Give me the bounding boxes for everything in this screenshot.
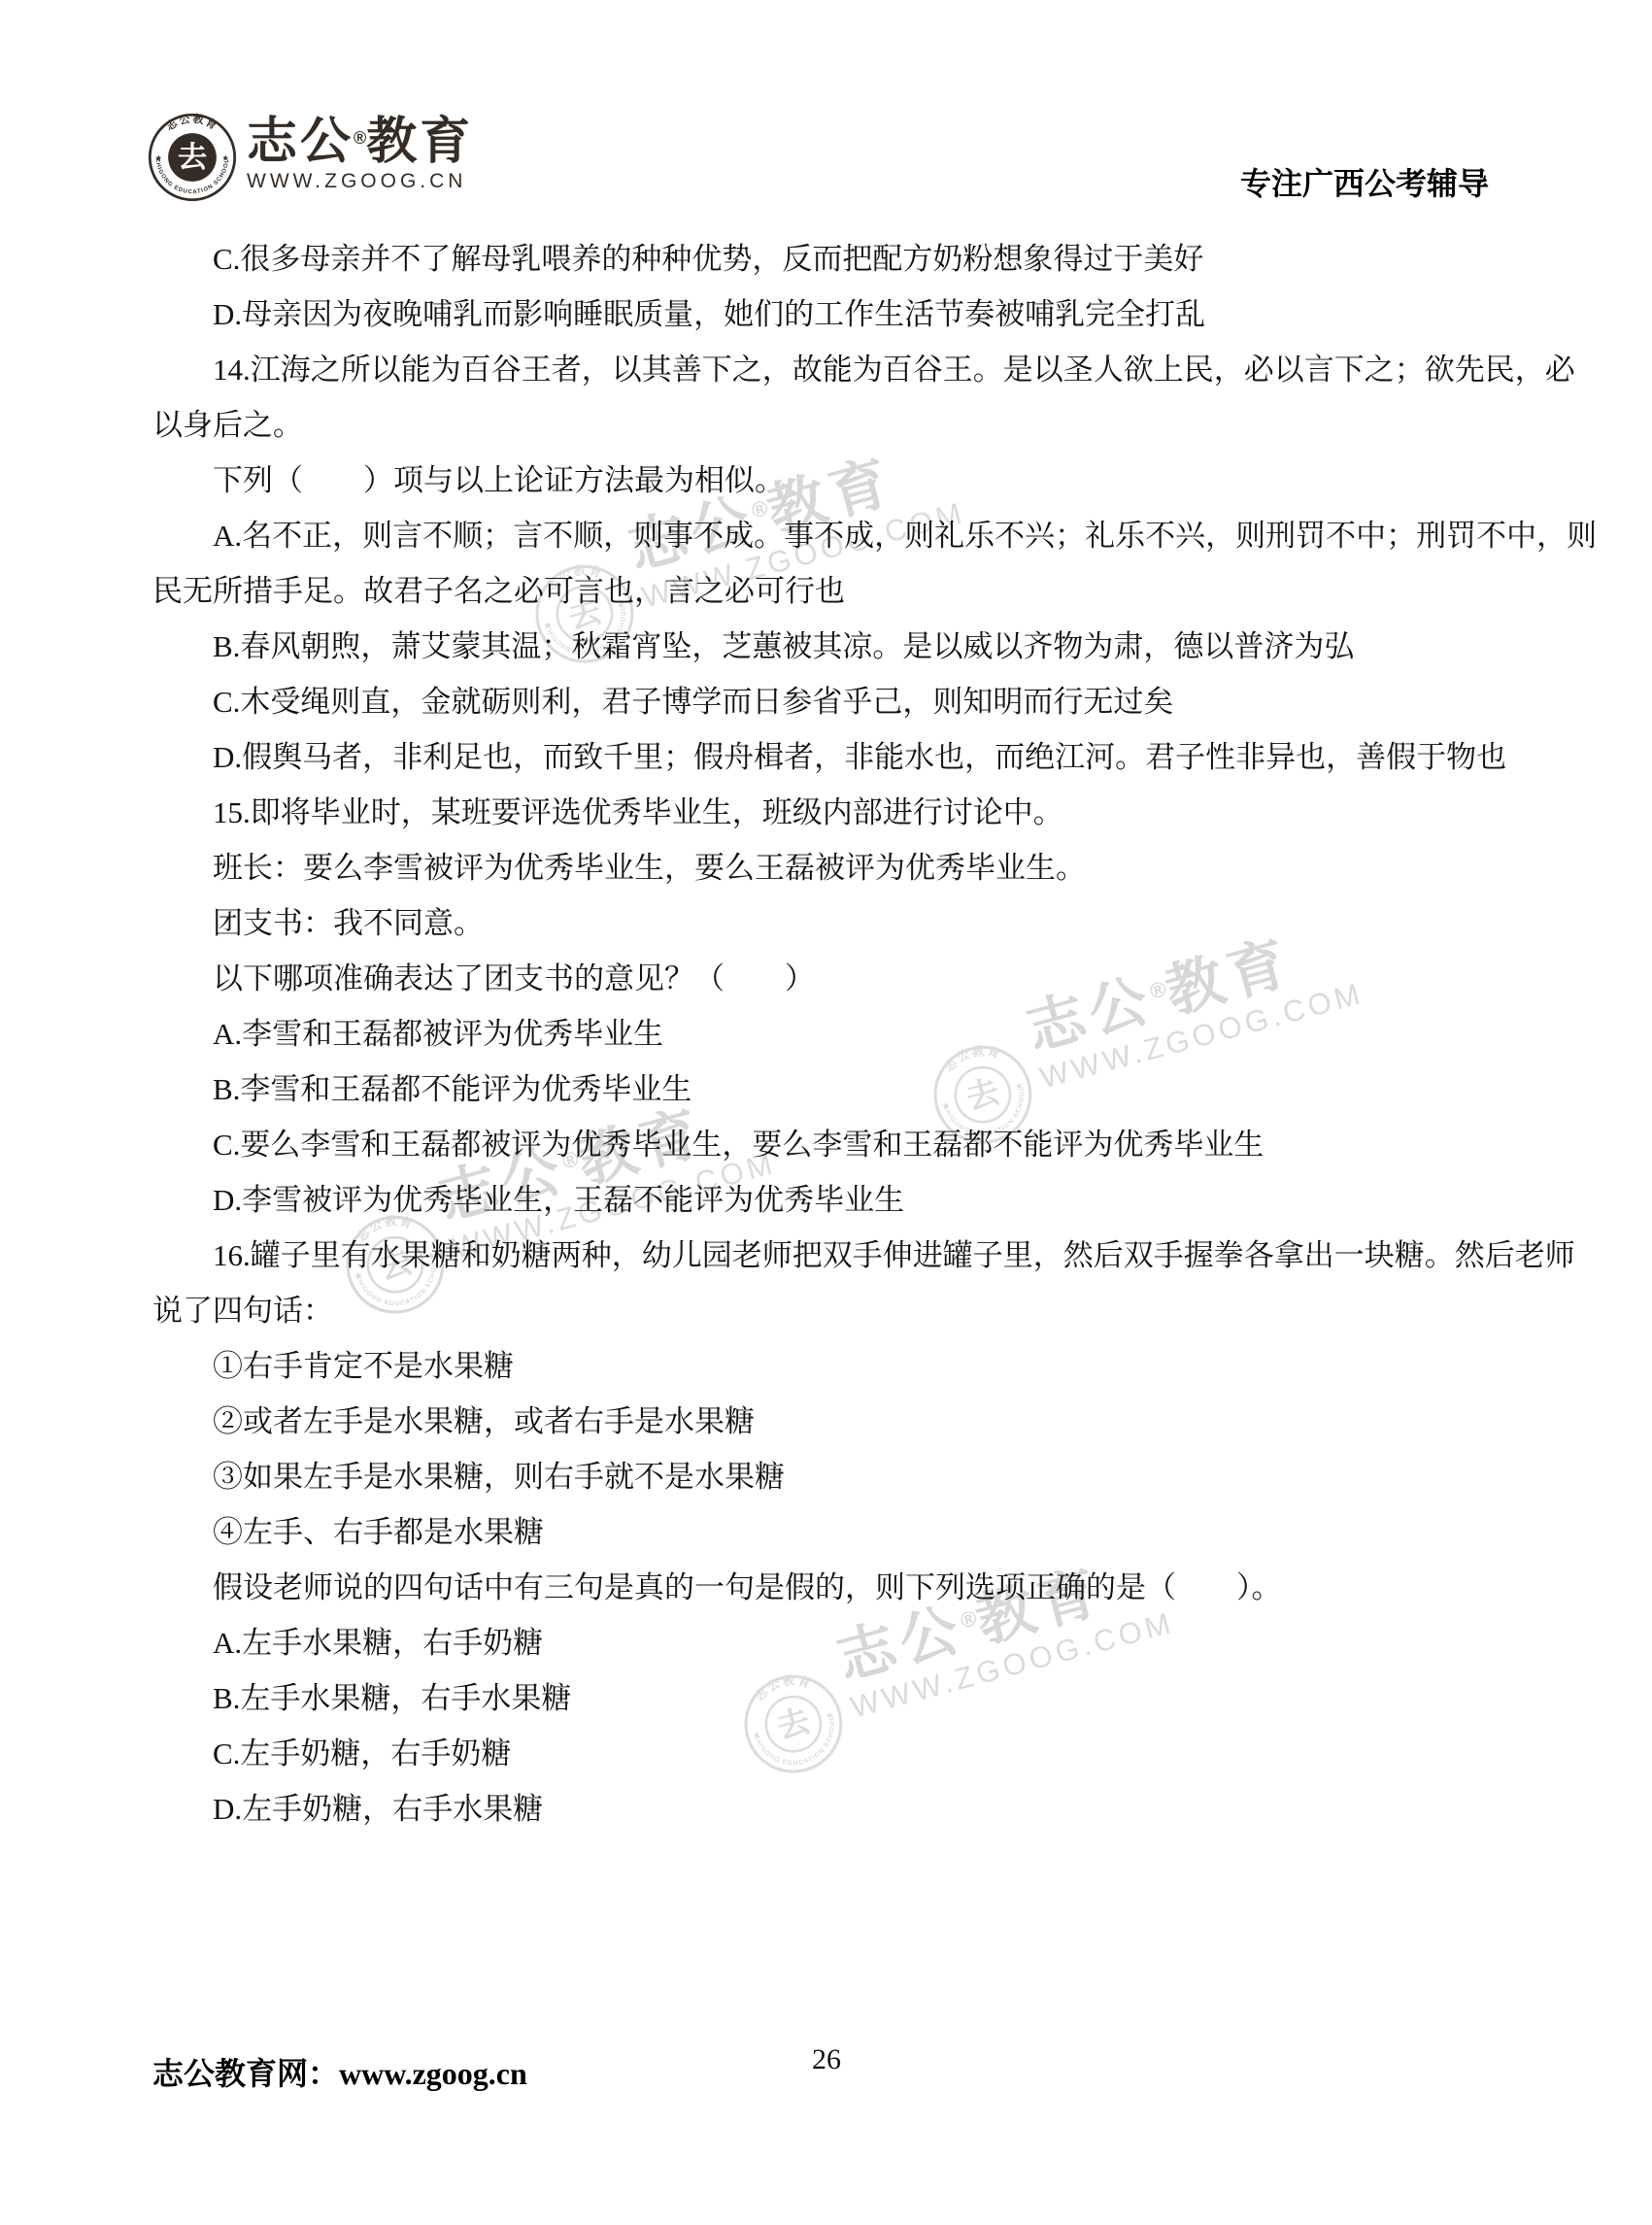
footer-site-url: www.zgoog.cn	[339, 2056, 527, 2091]
text-line: A.名不正，则言不顺；言不顺，则事不成。事不成，则礼乐不兴；礼乐不兴，则刑罚不中…	[152, 508, 1504, 563]
text-line: B.春风朝煦，萧艾蒙其温；秋霜宵坠，芝蕙被其凉。是以威以齐物为肃，德以普济为弘	[152, 619, 1504, 674]
text-line: 下列（ ）项与以上论证方法最为相似。	[152, 453, 1504, 508]
registered-mark-icon: ®	[354, 128, 366, 148]
footer-site: 志公教育网：www.zgoog.cn	[152, 2049, 527, 2094]
brand-logo: 志公教育 ZHIGONG EDUCATION SCHOOL ★ ★ 去 志公®教…	[148, 113, 473, 202]
text-line: ②或者左手是水果糖，或者右手是水果糖	[152, 1394, 1504, 1449]
text-line: D.左手奶糖，右手水果糖	[152, 1781, 1504, 1837]
logo-seal-star-right: ★	[221, 154, 228, 163]
text-line: A.左手水果糖，右手奶糖	[152, 1615, 1504, 1670]
text-line: ③如果左手是水果糖，则右手就不是水果糖	[152, 1449, 1504, 1504]
text-line: D.李雪被评为优秀毕业生，王磊不能评为优秀毕业生	[152, 1172, 1504, 1228]
text-line: D.假舆马者，非利足也，而致千里；假舟楫者，非能水也，而绝江河。君子性非异也，善…	[152, 729, 1504, 785]
text-line: A.李雪和王磊都被评为优秀毕业生	[152, 1006, 1504, 1062]
logo-brand-right: 教育	[366, 114, 473, 170]
text-line: B.左手水果糖，右手水果糖	[152, 1670, 1504, 1726]
text-line: 团支书：我不同意。	[152, 895, 1504, 951]
text-line: 14.江海之所以能为百谷王者，以其善下之，故能为百谷王。是以圣人欲上民，必以言下…	[152, 342, 1504, 397]
text-line: C.要么李雪和王磊都被评为优秀毕业生，要么李雪和王磊都不能评为优秀毕业生	[152, 1117, 1504, 1172]
text-line: C.木受绳则直，金就砺则利，君子博学而日参省乎己，则知明而行无过矣	[152, 674, 1504, 729]
logo-seal-monogram: 去	[178, 141, 207, 174]
footer-site-label: 志公教育网：	[152, 2056, 339, 2091]
text-line: D.母亲因为夜晚哺乳而影响睡眠质量，她们的工作生活节奏被哺乳完全打乱	[152, 287, 1504, 342]
logo-brand-text: 志公®教育	[247, 117, 473, 167]
text-line: ④左手、右手都是水果糖	[152, 1504, 1504, 1560]
logo-seal-icon: 志公教育 ZHIGONG EDUCATION SCHOOL ★ ★ 去	[148, 113, 237, 202]
text-line: 15.即将毕业时，某班要评选优秀毕业生，班级内部进行讨论中。	[152, 785, 1504, 840]
text-line: 民无所措手足。故君子名之必可言也，言之必可行也	[152, 563, 1504, 619]
text-line: 以下哪项准确表达了团支书的意见？（ ）	[152, 951, 1504, 1006]
question-text: C.很多母亲并不了解母乳喂养的种种优势，反而把配方奶粉想象得过于美好D.母亲因为…	[152, 231, 1504, 1837]
header-tagline: 专注广西公考辅导	[1240, 159, 1489, 204]
logo-seal-star-left: ★	[154, 154, 161, 163]
text-line: 以身后之。	[152, 397, 1504, 453]
logo-brand-left: 志公	[247, 114, 354, 170]
logo-text-block: 志公®教育 WWW.ZGOOG.CN	[247, 113, 473, 193]
page-number: 26	[812, 2043, 841, 2076]
text-line: 16.罐子里有水果糖和奶糖两种，幼儿园老师把双手伸进罐子里，然后双手握拳各拿出一…	[152, 1228, 1504, 1283]
logo-url: WWW.ZGOOG.CN	[247, 170, 473, 193]
text-line: 假设老师说的四句话中有三句是真的一句是假的，则下列选项正确的是（ ）。	[152, 1560, 1504, 1615]
text-line: ①右手肯定不是水果糖	[152, 1338, 1504, 1394]
text-line: C.很多母亲并不了解母乳喂养的种种优势，反而把配方奶粉想象得过于美好	[152, 231, 1504, 287]
text-line: 班长：要么李雪被评为优秀毕业生，要么王磊被评为优秀毕业生。	[152, 840, 1504, 895]
text-line: C.左手奶糖，右手奶糖	[152, 1726, 1504, 1781]
text-line: 说了四句话：	[152, 1283, 1504, 1338]
page: 志公教育 ZHIGONG EDUCATION SCHOOL ★ ★ 去 志公®教…	[0, 0, 1652, 2225]
text-line: B.李雪和王磊都不能评为优秀毕业生	[152, 1062, 1504, 1117]
